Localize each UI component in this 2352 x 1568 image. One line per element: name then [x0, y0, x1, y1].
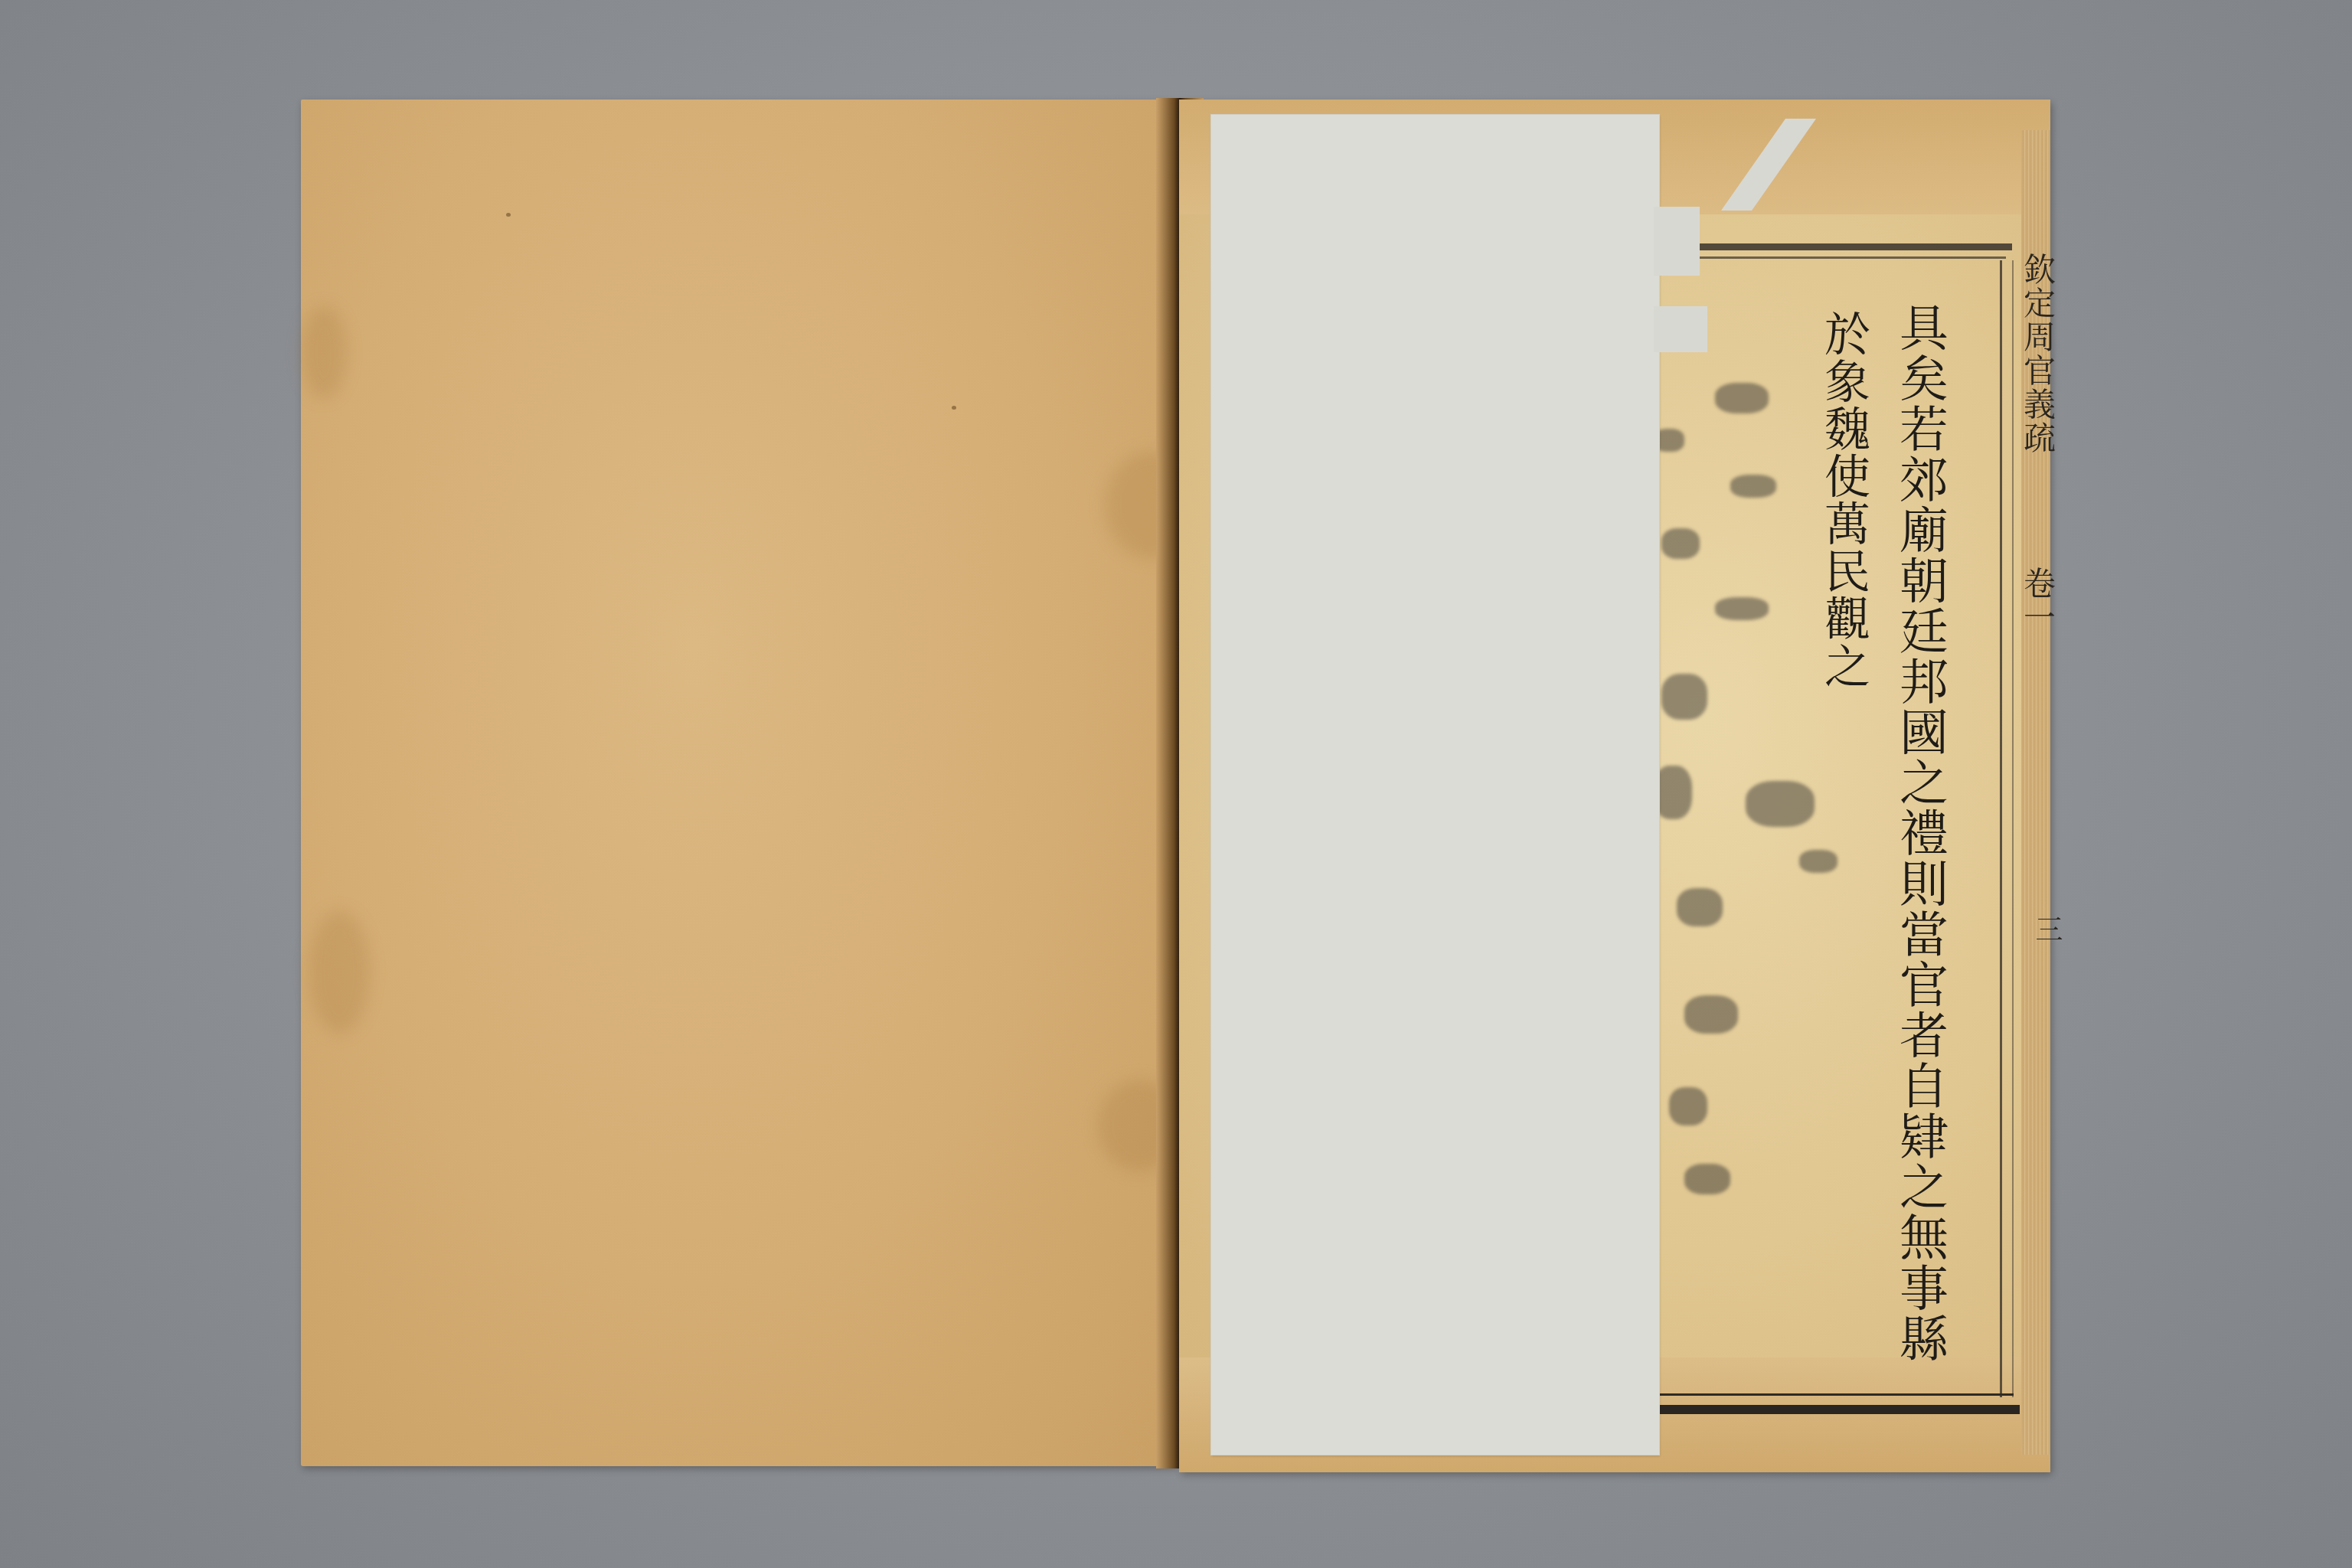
- banxin-volume: 卷一: [2021, 567, 2053, 634]
- water-stain: [309, 911, 370, 1034]
- frame-bottom-inner-border: [1654, 1393, 2014, 1396]
- show-through-ink: [1669, 1087, 1707, 1125]
- show-through-ink: [1684, 995, 1738, 1034]
- frame-bottom-border: [1654, 1405, 2020, 1414]
- show-through-ink: [1677, 888, 1723, 926]
- left-page-blank: [301, 100, 1176, 1466]
- torn-paper-gap: [1654, 207, 1700, 276]
- show-through-ink: [1730, 475, 1776, 498]
- banxin-edge-line: [2012, 260, 2014, 1397]
- frame-column-divider: [2000, 260, 2002, 1397]
- show-through-ink: [1684, 1164, 1730, 1194]
- paper-speck: [506, 213, 511, 217]
- text-column-1: 具矣若郊廟朝廷邦國之禮則當官者自肄之無事縣: [1895, 302, 1944, 1364]
- show-through-ink: [1661, 528, 1700, 559]
- torn-paper-gap: [1654, 306, 1707, 352]
- inserted-paper-slip: [1211, 115, 1659, 1455]
- paper-speck: [952, 406, 956, 410]
- banxin-title: 欽定周官義疏: [2021, 253, 2053, 455]
- leaf-number: 三: [2027, 915, 2066, 944]
- show-through-ink: [1799, 850, 1837, 873]
- show-through-ink: [1746, 781, 1815, 827]
- show-through-ink: [1715, 383, 1769, 413]
- text-column-2: 於象魏使萬民觀之: [1821, 310, 1867, 690]
- show-through-ink: [1661, 674, 1707, 720]
- show-through-ink: [1654, 766, 1692, 819]
- frame-top-inner-border: [1654, 256, 2006, 259]
- water-stain: [301, 306, 347, 398]
- frame-top-border: [1654, 243, 2012, 250]
- show-through-ink: [1715, 597, 1769, 620]
